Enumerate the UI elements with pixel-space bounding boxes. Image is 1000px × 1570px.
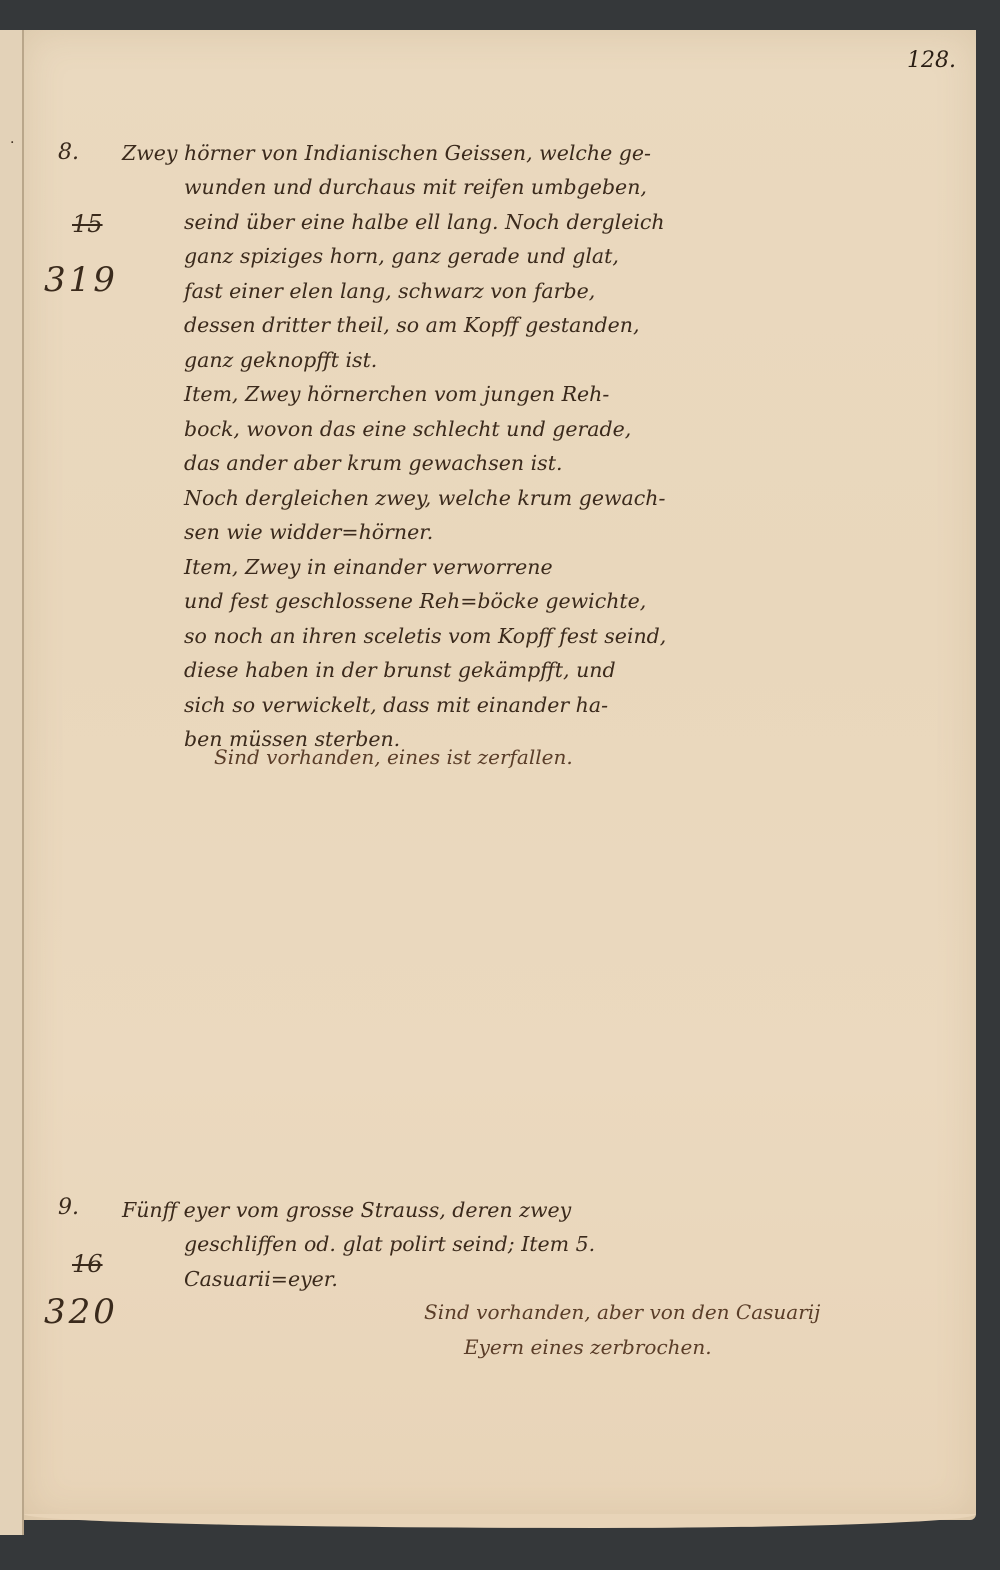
text-line: Noch dergleichen zwey, welche krum gewac…	[184, 481, 666, 516]
struck-old-number: 16	[72, 1250, 103, 1278]
text-line: so noch an ihren sceletis vom Kopff fest…	[184, 619, 666, 654]
entry-annotation: Sind vorhanden, eines ist zerfallen.	[214, 740, 573, 774]
ink-mark: ·	[10, 135, 14, 151]
entry-annotation: Sind vorhanden, aber von den Casuarij	[424, 1295, 820, 1329]
text-line: diese haben in der brunst gekämpfft, und	[184, 653, 666, 688]
text-line: sich so verwickelt, dass mit einander ha…	[184, 688, 666, 723]
struck-old-number: 15	[72, 210, 103, 238]
text-line: ganz geknopfft ist.	[184, 343, 666, 378]
text-line: das ander aber krum gewachsen ist.	[184, 446, 666, 481]
text-line: geschliffen od. glat polirt seind; Item …	[184, 1227, 595, 1262]
folio-number: 128.	[907, 48, 956, 73]
inventory-number: 319	[44, 260, 118, 300]
entry-text: Zwey hörner von Indianischen Geissen, we…	[122, 136, 651, 171]
entry-text: Fünff eyer vom grosse Strauss, deren zwe…	[122, 1193, 571, 1228]
entry-text: geschliffen od. glat polirt seind; Item …	[184, 1227, 595, 1296]
text-line: Item, Zwey in einander verworrene	[184, 550, 666, 585]
text-line: Casuarii=eyer.	[184, 1262, 595, 1297]
text-line: dessen dritter theil, so am Kopff gestan…	[184, 308, 666, 343]
text-line: fast einer elen lang, schwarz von farbe,	[184, 274, 666, 309]
inventory-number: 320	[44, 1292, 118, 1332]
entry-number: 8.	[58, 140, 79, 165]
text-line: wunden und durchaus mit reifen umbgeben,	[184, 170, 666, 205]
text-line: Fünff eyer vom grosse Strauss, deren zwe…	[122, 1193, 571, 1228]
text-line: ganz spiziges horn, ganz gerade und glat…	[184, 239, 666, 274]
entry-number: 9.	[58, 1195, 79, 1220]
previous-page-edge: ·	[0, 30, 24, 1535]
text-line: Item, Zwey hörnerchen vom jungen Reh-	[184, 377, 666, 412]
text-line: Zwey hörner von Indianischen Geissen, we…	[122, 136, 651, 171]
text-line: sen wie widder=hörner.	[184, 515, 666, 550]
entry-annotation: Eyern eines zerbrochen.	[464, 1330, 712, 1364]
entry-text: wunden und durchaus mit reifen umbgeben,…	[184, 170, 666, 757]
manuscript-page: 128. 8. 15 319 Zwey hörner von Indianisc…	[24, 30, 976, 1520]
text-line: seind über eine halbe ell lang. Noch der…	[184, 205, 666, 240]
text-line: und fest geschlossene Reh=böcke gewichte…	[184, 584, 666, 619]
text-line: bock, wovon das eine schlecht und gerade…	[184, 412, 666, 447]
